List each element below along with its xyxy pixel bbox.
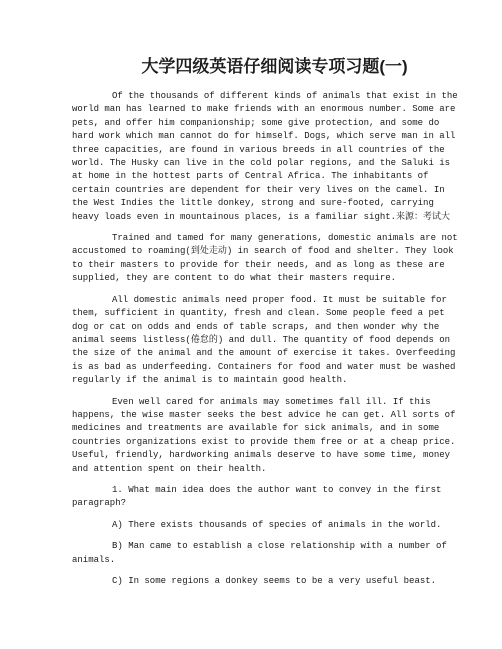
question-1-option-b: B) Man came to establish a close relatio… (72, 540, 463, 567)
question-1-stem: 1. What main idea does the author want t… (72, 484, 463, 511)
paragraph-3: All domestic animals need proper food. I… (72, 294, 463, 388)
page-title: 大学四级英语仔细阅读专项习题(一) (79, 54, 470, 80)
document-page: 大学四级英语仔细阅读专项习题(一) Of the thousands of di… (0, 0, 502, 649)
question-1-option-a: A) There exists thousands of species of … (72, 519, 463, 532)
question-1-option-c: C) In some regions a donkey seems to be … (72, 575, 463, 588)
paragraph-2: Trained and tamed for many generations, … (72, 232, 463, 286)
paragraph-1: Of the thousands of different kinds of a… (72, 90, 463, 224)
paragraph-4: Even well cared for animals may sometime… (72, 396, 463, 476)
